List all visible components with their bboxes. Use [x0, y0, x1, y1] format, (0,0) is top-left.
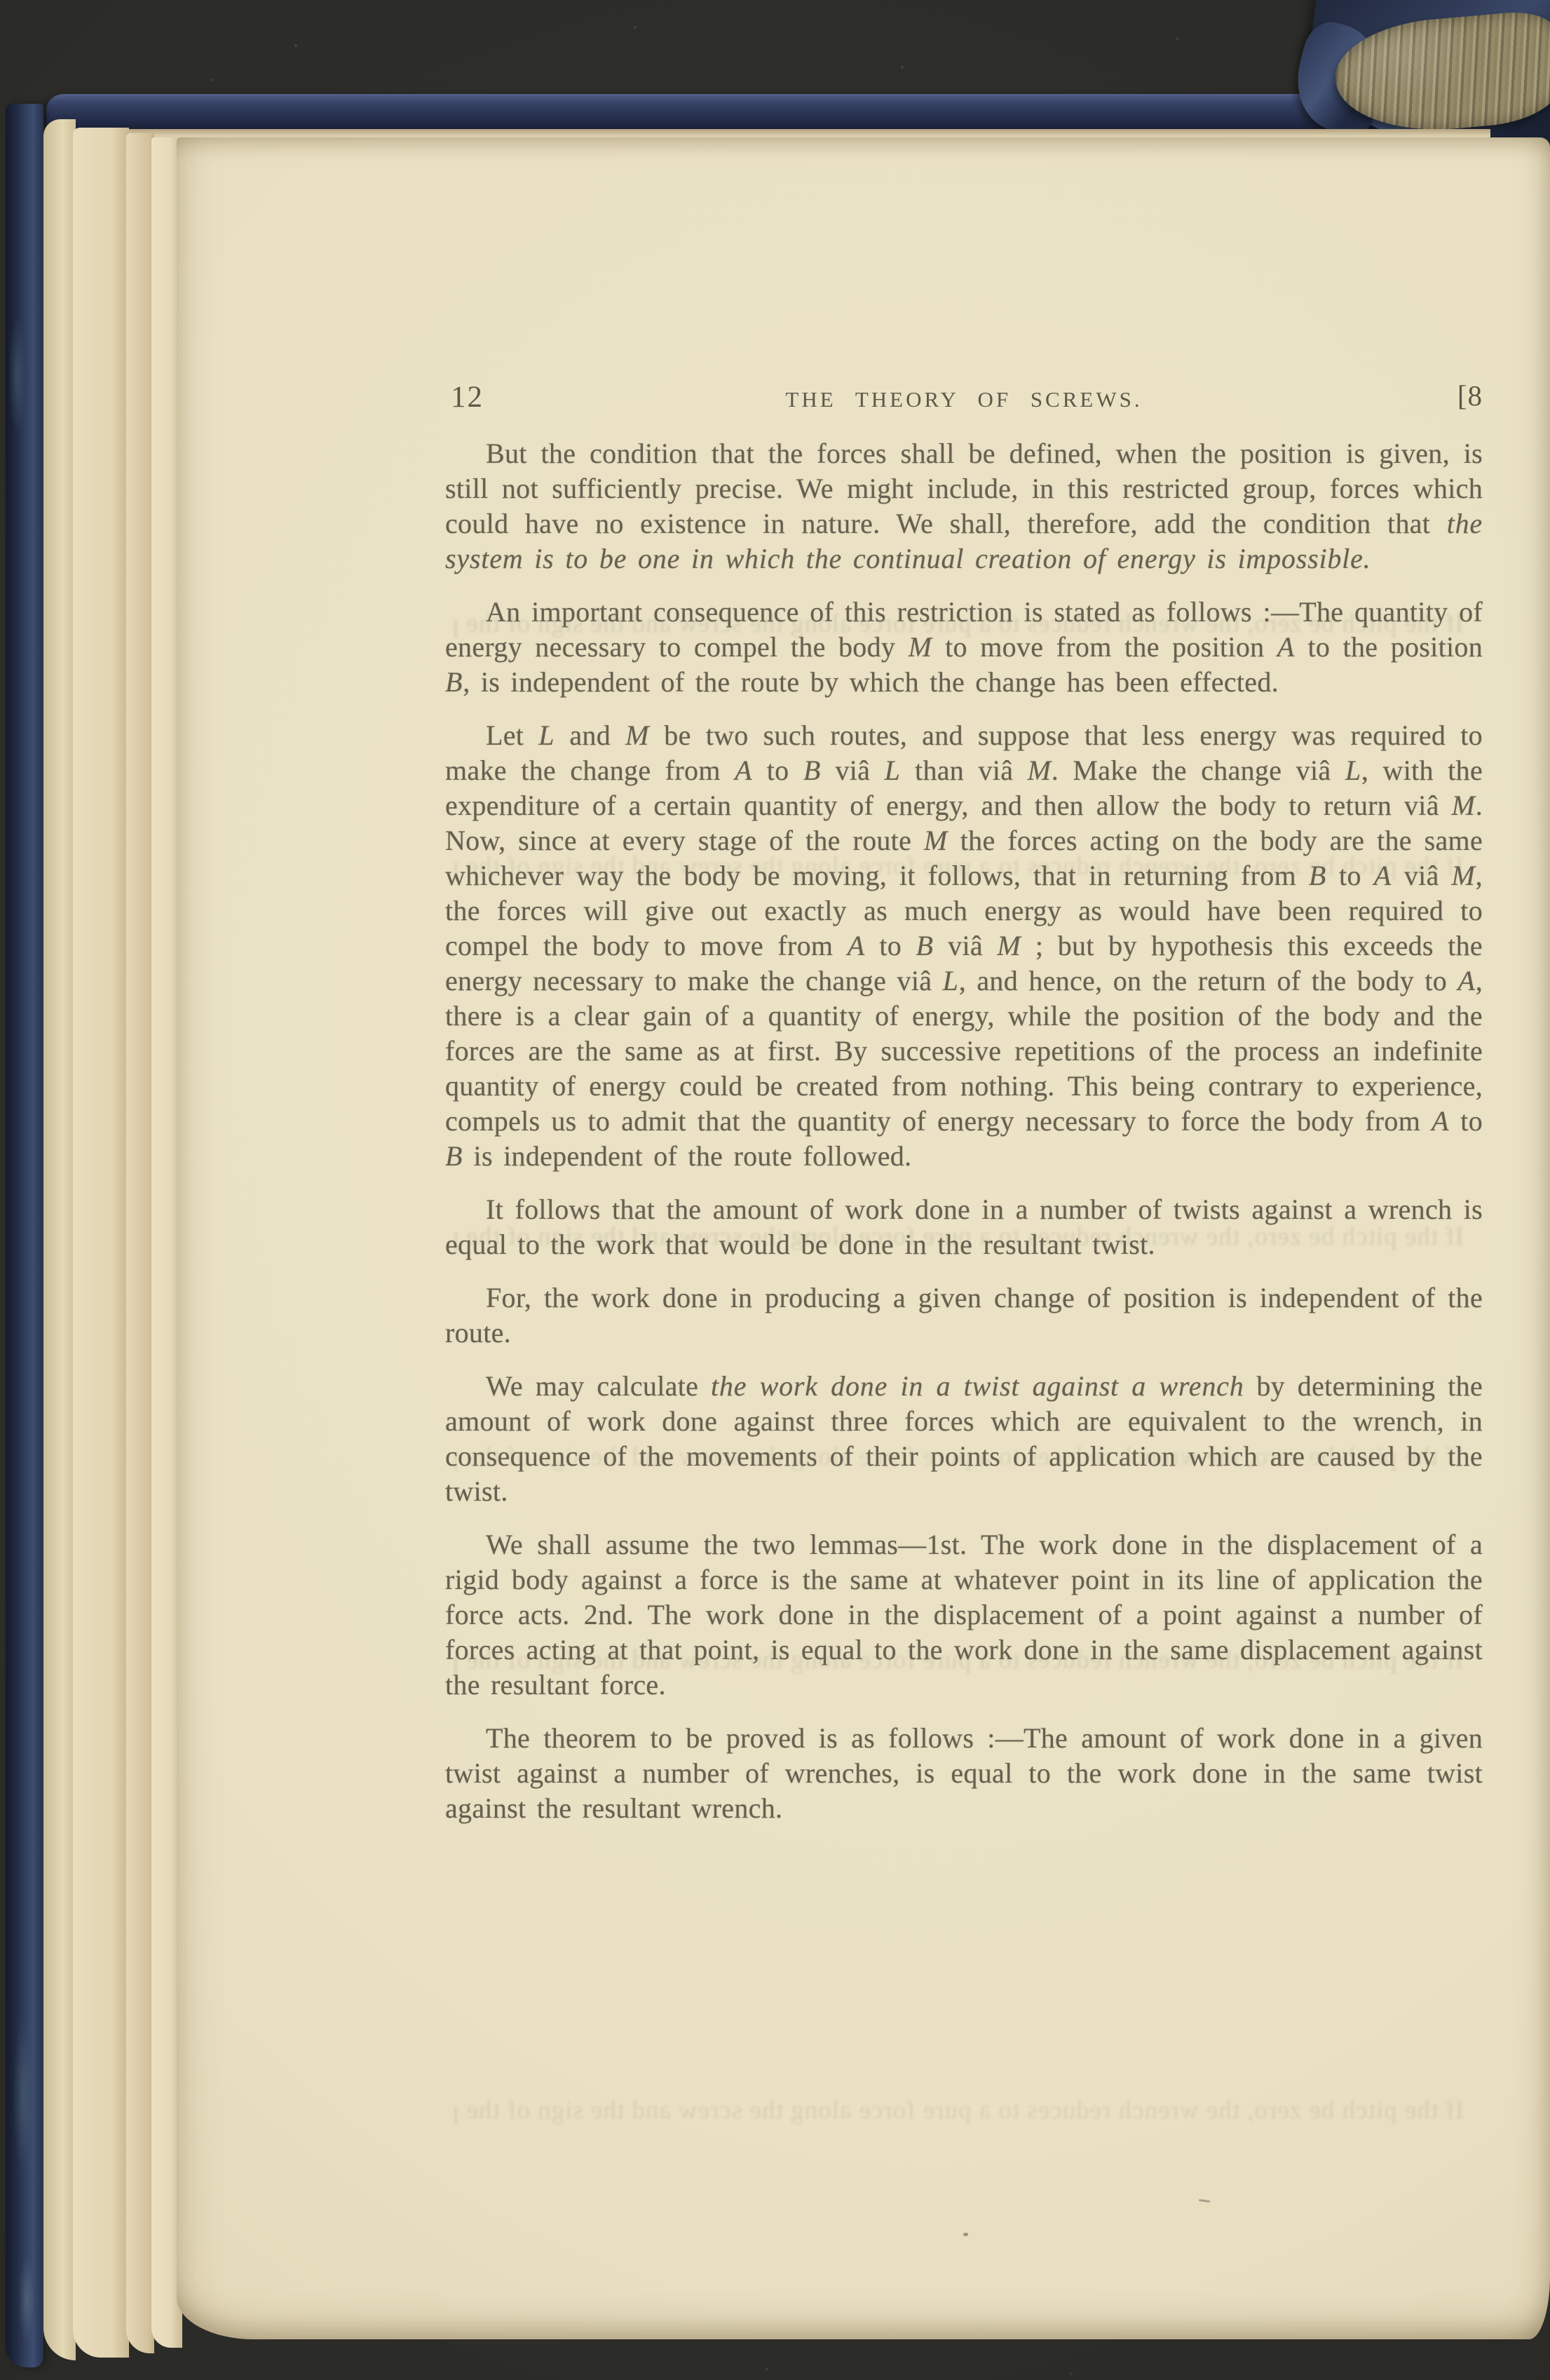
page-content: 12 THE THEORY OF SCREWS. [8 But the cond…: [445, 379, 1483, 1844]
page-header: 12 THE THEORY OF SCREWS. [8: [445, 379, 1483, 419]
paragraph-7: We shall assume the two lemmas—1st. The …: [445, 1527, 1483, 1703]
paragraph-3: Let L and M be two such routes, and supp…: [445, 718, 1483, 1174]
paragraph-2: An important consequence of this restric…: [445, 595, 1483, 700]
page-edge: [126, 133, 154, 2353]
dust-speck: [963, 2233, 968, 2236]
paragraph-1: But the condition that the forces shall …: [445, 436, 1483, 576]
book-cover-left-edge: [6, 104, 43, 2367]
photo-background: If the pitch be zero, the wrench reduces…: [0, 0, 1550, 2380]
section-marker: [8: [1457, 379, 1483, 412]
paragraph-6: We may calculate the work done in a twis…: [445, 1369, 1483, 1509]
dust-flecks: [0, 0, 1, 1]
page-edge: [73, 128, 129, 2358]
paragraph-8: The theorem to be proved is as follows :…: [445, 1721, 1483, 1826]
dust-speck: [1199, 2199, 1210, 2203]
body-text: But the condition that the forces shall …: [445, 436, 1483, 1826]
paragraph-5: For, the work done in producing a given …: [445, 1280, 1483, 1351]
running-title: THE THEORY OF SCREWS.: [445, 387, 1483, 412]
page-edge: [43, 119, 76, 2360]
show-through-text: If the pitch be zero, the wrench reduces…: [454, 2095, 1464, 2125]
paragraph-4: It follows that the amount of work done …: [445, 1192, 1483, 1262]
book-page: If the pitch be zero, the wrench reduces…: [177, 137, 1550, 2339]
